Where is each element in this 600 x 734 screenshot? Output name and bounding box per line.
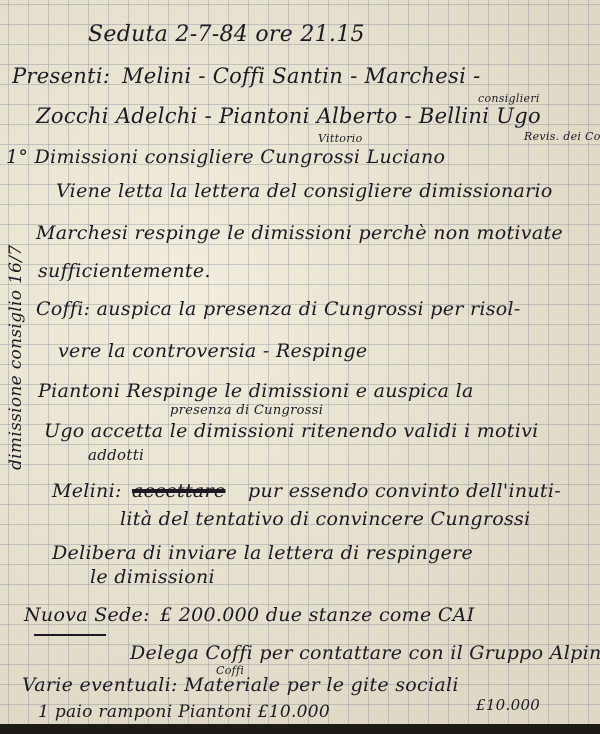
margin-note-vertical: dimissione consiglio 16/7 <box>6 245 26 470</box>
present-label: Presenti: <box>12 64 110 88</box>
present-line-1: Melini - Coffi Santin - Marchesi - <box>122 64 481 88</box>
varie-amount: £10.000 <box>476 696 540 714</box>
varie-line-1: Varie eventuali: Materiale per le gite s… <box>22 674 459 696</box>
delibera-line-1: Delibera di inviare la lettera di respin… <box>52 542 473 564</box>
melini-line-1: pur essendo convinto dell'inuti- <box>248 480 561 502</box>
melini-struck-word: accettare <box>132 480 225 502</box>
varie-line-2: 1 paio ramponi Piantoni £10.000 <box>38 702 330 722</box>
meeting-header: Seduta 2-7-84 ore 21.15 <box>88 22 365 47</box>
letter-read-line: Viene letta la lettera del consigliere d… <box>56 180 553 202</box>
annotation-revisori: Revis. dei Conti <box>524 130 600 143</box>
present-line-2: Zocchi Adelchi - Piantoni Alberto - Bell… <box>36 104 541 128</box>
nuova-sede-label: Nuova Sede: <box>24 604 150 626</box>
melini-line-2: lità del tentativo di convincere Cungros… <box>120 508 530 530</box>
delega-line: Delega Coffi per contattare con il Grupp… <box>130 642 600 664</box>
melini-label: Melini: <box>52 480 122 502</box>
piantoni-line-2: presenza di Cungrossi <box>170 403 323 418</box>
delibera-line-2: le dimissioni <box>90 566 215 588</box>
piantoni-line-1: Piantoni Respinge le dimissioni e auspic… <box>38 380 474 402</box>
marchesi-line-2: sufficientemente. <box>38 260 211 282</box>
marchesi-line-1: Marchesi respinge le dimissioni perchè n… <box>36 222 563 244</box>
grid-paper-page: Seduta 2-7-84 ore 21.15 Presenti: Melini… <box>0 0 600 726</box>
nuova-sede-text: £ 200.000 due stanze come CAI <box>160 604 475 626</box>
ugo-line-1: Ugo accetta le dimissioni ritenendo vali… <box>44 420 539 442</box>
underline <box>34 634 106 636</box>
agenda-item-1: 1° Dimissioni consigliere Cungrossi Luci… <box>6 146 445 168</box>
coffi-line-1: Coffi: auspica la presenza di Cungrossi … <box>36 298 521 320</box>
annotation-vittorio: Vittorio <box>318 132 363 145</box>
coffi-line-2: vere la controversia - Respinge <box>58 340 367 362</box>
page-bottom-edge <box>0 724 600 734</box>
ugo-line-2: addotti <box>88 446 144 464</box>
